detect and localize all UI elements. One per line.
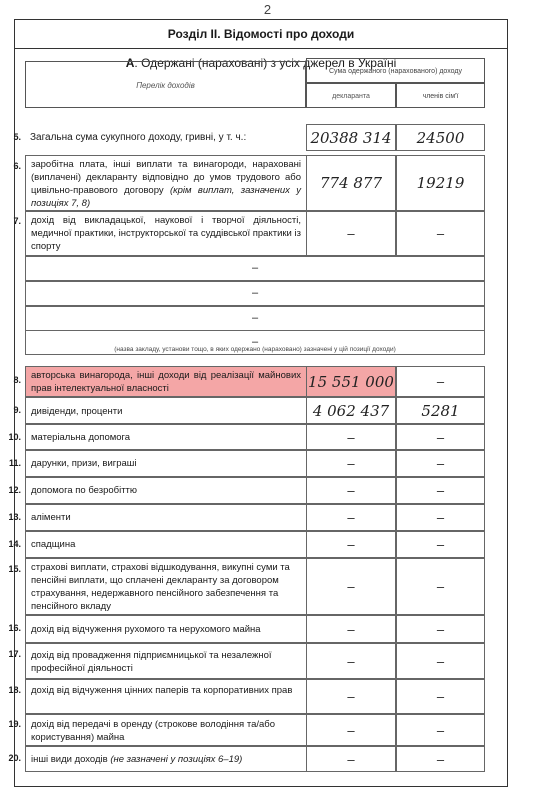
row-description: страхові виплати, страхові відшкодування… <box>25 558 306 615</box>
declarant-value: – <box>306 714 396 746</box>
row-number: 9. <box>1 405 21 415</box>
declarant-value: – <box>306 504 396 531</box>
family-value: – <box>396 679 485 714</box>
declarant-value: – <box>306 643 396 679</box>
table-row: 5. Загальна сума сукупного доходу, гривн… <box>25 124 485 151</box>
row-number: 6. <box>1 161 21 171</box>
family-value: – <box>396 504 485 531</box>
row-description: дохід від передачі в оренду (строкове во… <box>25 714 306 746</box>
declarant-value: 774 877 <box>306 155 396 211</box>
header-income-sum: Сума одержаного (нарахованого) доходу <box>306 58 485 83</box>
institution-caption: (назва закладу, установи тощо, в яких од… <box>25 346 485 353</box>
row-description: дохід від відчуження цінних паперів та к… <box>25 679 306 714</box>
row-description-note: (не зазначені у позиціях 6–19) <box>110 754 242 765</box>
declarant-value: 4 062 437 <box>306 397 396 424</box>
row-number: 18. <box>1 685 21 695</box>
row-number: 5. <box>1 132 21 142</box>
family-value: – <box>396 477 485 504</box>
row-description: дарунки, призи, виграші <box>25 450 306 477</box>
table-row: 11. дарунки, призи, виграші – – <box>25 450 485 477</box>
table-row: 12. допомога по безробіттю – – <box>25 477 485 504</box>
declarant-value: 20388 314 <box>306 124 396 151</box>
section-title: Розділ ІІ. Відомості про доходи <box>15 20 507 49</box>
declarant-value: – <box>306 477 396 504</box>
row-number: 7. <box>1 216 21 226</box>
table-row: 9. дивіденди, проценти 4 062 437 5281 <box>25 397 485 424</box>
row-number: 10. <box>1 432 21 442</box>
row-description: дохід від викладацької, наукової і творч… <box>25 211 306 256</box>
family-value: – <box>396 615 485 643</box>
declarant-value: – <box>306 211 396 256</box>
family-value: – <box>396 211 485 256</box>
table-row: 15. страхові виплати, страхові відшкодув… <box>25 558 485 615</box>
table-row: 19. дохід від передачі в оренду (строков… <box>25 714 485 746</box>
row-description: допомога по безробіттю <box>25 477 306 504</box>
family-value: – <box>396 746 485 772</box>
table-row: 16. дохід від відчуження рухомого та нер… <box>25 615 485 643</box>
family-value: – <box>396 450 485 477</box>
table-row: 13. аліменти – – <box>25 504 485 531</box>
family-value: – <box>396 424 485 450</box>
row-number: 11. <box>1 458 21 468</box>
declarant-value: – <box>306 531 396 558</box>
table-row: 20. інші види доходів (не зазначені у по… <box>25 746 485 772</box>
row-description: дохід від відчуження рухомого та нерухом… <box>25 615 306 643</box>
table-row: 18. дохід від відчуження цінних паперів … <box>25 679 485 714</box>
declarant-value: – <box>306 679 396 714</box>
declarant-value: – <box>306 746 396 772</box>
declarant-value: 15 551 000 <box>306 366 396 397</box>
declarant-value: – <box>306 558 396 615</box>
row-description: спадщина <box>25 531 306 558</box>
row-description: інші види доходів (не зазначені у позиці… <box>25 746 306 772</box>
header-family: членів сім'ї <box>396 83 485 108</box>
row-number: 13. <box>1 512 21 522</box>
row-number: 15. <box>1 564 21 574</box>
row-description: Загальна сума сукупного доходу, гривні, … <box>25 124 306 151</box>
row-description: дивіденди, проценти <box>25 397 306 424</box>
row-description: дохід від провадження підприємницької та… <box>25 643 306 679</box>
family-value: – <box>396 643 485 679</box>
family-value: – <box>396 366 485 397</box>
row-description-text: інші види доходів <box>31 754 108 765</box>
row-description: аліменти <box>25 504 306 531</box>
institution-entry: – <box>25 306 485 331</box>
family-value: – <box>396 558 485 615</box>
row-number: 19. <box>1 719 21 729</box>
header-declarant: декларанта <box>306 83 396 108</box>
row-description: заробітна плата, інші виплати та винагор… <box>25 155 306 211</box>
table-row: 6. заробітна плата, інші виплати та вина… <box>25 155 485 211</box>
family-value: 19219 <box>396 155 485 211</box>
table-row: 10. матеріальна допомога – – <box>25 424 485 450</box>
family-value: 5281 <box>396 397 485 424</box>
declarant-value: – <box>306 450 396 477</box>
row-number: 17. <box>1 649 21 659</box>
family-value: 24500 <box>396 124 485 151</box>
institution-entry: – <box>25 256 485 281</box>
table-row: 7. дохід від викладацької, наукової і тв… <box>25 211 485 256</box>
institution-entry: – <box>25 281 485 306</box>
family-value: – <box>396 714 485 746</box>
table-row-highlighted: 8. авторська винагорода, інші доходи від… <box>25 366 485 397</box>
header-income-list: Перелік доходів <box>25 61 306 108</box>
row-number: 14. <box>1 539 21 549</box>
row-number: 16. <box>1 623 21 633</box>
table-row: 14. спадщина – – <box>25 531 485 558</box>
family-value: – <box>396 531 485 558</box>
row-number: 12. <box>1 485 21 495</box>
declarant-value: – <box>306 615 396 643</box>
row-number: 8. <box>1 375 21 385</box>
row-description: авторська винагорода, інші доходи від ре… <box>25 366 306 397</box>
row-description: матеріальна допомога <box>25 424 306 450</box>
table-row: 17. дохід від провадження підприємницько… <box>25 643 485 679</box>
page-number: 2 <box>0 2 535 17</box>
row-number: 20. <box>1 753 21 763</box>
declarant-value: – <box>306 424 396 450</box>
